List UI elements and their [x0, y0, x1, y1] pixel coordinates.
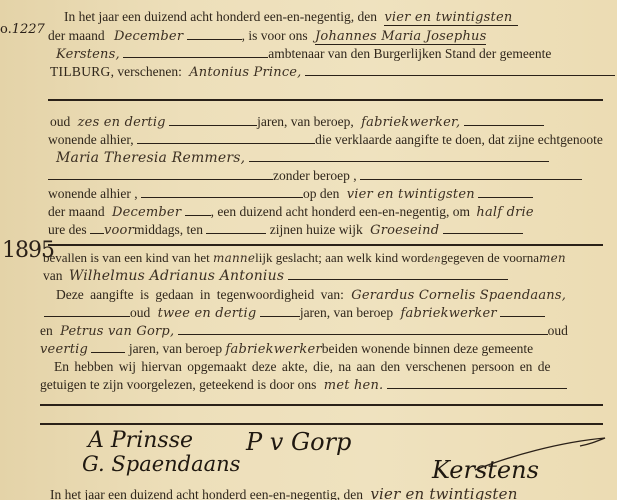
blank-line	[123, 47, 268, 58]
printed-text: zijnen huize wijk	[270, 222, 363, 237]
line-7: Maria Theresia Remmers,	[56, 150, 549, 166]
handwritten-birth-time: half drie	[476, 205, 533, 220]
handwritten-signed-with: met hen.	[324, 378, 384, 393]
line-6: wonende alhier, die verklaarde aangifte …	[48, 132, 603, 148]
blank-line	[249, 151, 549, 162]
line-19: getuigen te zijn voorgelezen, geteekend …	[40, 377, 567, 394]
handwritten-witness1-name: Gerardus Cornelis Spaendaans,	[351, 288, 566, 303]
signature-witness1: G. Spaendaans	[82, 452, 240, 476]
line-4: TILBURG, verschenen: Antonius Prince,	[50, 64, 615, 81]
blank-line	[206, 223, 266, 234]
handwritten-mother-name: Maria Theresia Remmers,	[56, 150, 245, 166]
printed-text: zonder beroep ,	[273, 168, 357, 183]
line-5: oud zes en dertig jaren, van beroep, fab…	[50, 114, 544, 131]
birth-record-page: o.1227 1895 In het jaar een duizend acht…	[0, 0, 617, 500]
line-13: van Wilhelmus Adrianus Antonius	[43, 268, 508, 284]
blank-line	[443, 223, 523, 234]
printed-text: der maand	[48, 28, 105, 43]
record-number-value: 1227	[12, 22, 45, 37]
line-8: zonder beroep ,	[48, 168, 582, 184]
handwritten-month: December	[114, 29, 183, 44]
handwritten-declarant-name: Antonius Prince,	[189, 65, 301, 80]
line-2: der maand December , is voor ons Johanne…	[48, 28, 486, 45]
printed-text: , een duizend acht honderd een-en-negent…	[211, 204, 470, 219]
printed-text: , verschenen:	[111, 64, 182, 79]
blank-line	[387, 378, 567, 389]
printed-text: jaren, van beroep	[129, 341, 222, 356]
line-11: ure des voormiddags, ten zijnen huize wi…	[48, 222, 523, 239]
line-1: In het jaar een duizend acht honderd een…	[64, 9, 518, 26]
blank-line	[260, 306, 300, 317]
printed-text: en	[40, 323, 53, 338]
municipality: TILBURG	[50, 64, 111, 79]
handwritten-witness1-age: twee en dertig	[158, 306, 257, 321]
line-3: Kerstens, ambtenaar van den Burgerlijken…	[56, 46, 551, 63]
handwritten-witness1-occupation: fabriekwerker	[401, 306, 497, 321]
handwritten-plural-en: en	[428, 254, 441, 265]
handwritten-witness2-occupation: fabriekwerker	[226, 342, 322, 357]
blank-line	[137, 133, 315, 144]
blank-line	[91, 342, 125, 353]
printed-text: jaren, van beroep,	[257, 114, 354, 129]
blank-line	[305, 65, 615, 76]
rule-line	[48, 99, 603, 101]
handwritten-date: vier en twintigsten	[384, 10, 518, 26]
record-number: o.1227	[0, 22, 45, 37]
blank-line	[288, 269, 508, 280]
rule-line	[40, 423, 603, 425]
handwritten-birth-day: vier en twintigsten	[347, 187, 475, 202]
blank-line	[48, 169, 273, 180]
printed-text: oud	[50, 114, 70, 129]
printed-text: beiden wonende binnen deze gemeente	[322, 341, 533, 356]
printed-text: In het jaar een duizend acht honderd een…	[64, 9, 377, 24]
printed-text: , is voor ons	[242, 28, 308, 43]
blank-line	[90, 223, 104, 234]
line-16: en Petrus van Gorp, oud	[40, 323, 568, 340]
signature-declarant: A Prinsse	[88, 428, 193, 453]
line-12: bevallen is van een kind van het manneli…	[43, 250, 566, 268]
handwritten-age: zes en dertig	[78, 115, 166, 130]
printed-text: van	[43, 268, 63, 283]
handwritten-witness2-name: Petrus van Gorp,	[60, 324, 174, 339]
handwritten-witness2-age: veertig	[40, 342, 88, 357]
printed-text: jaren, van beroep	[300, 305, 393, 320]
printed-text: bevallen is van een kind van het	[43, 250, 210, 265]
handwritten-voor: voor	[104, 223, 134, 238]
rule-line	[40, 404, 603, 406]
printed-text: ure des	[48, 222, 87, 237]
blank-line	[464, 115, 544, 126]
line-18: En hebben wij hiervan opgemaakt deze akt…	[54, 359, 551, 375]
rule-line	[48, 244, 603, 246]
printed-text: getuigen te zijn voorgelezen, geteekend …	[40, 377, 316, 392]
handwritten-date: vier en twintigsten	[370, 485, 517, 500]
record-prefix: o.	[0, 22, 12, 37]
printed-text: lijk geslacht; aan welk kind word	[255, 250, 428, 265]
blank-line	[178, 324, 548, 335]
printed-text: op den	[303, 186, 339, 201]
blank-line	[360, 169, 582, 180]
handwritten-plural-men: men	[539, 251, 566, 265]
handwritten-district: Groeseind	[370, 223, 439, 238]
handwritten-sex: manne	[213, 251, 255, 265]
printed-text: In het jaar een duizend acht honderd een…	[50, 487, 363, 500]
blank-line	[187, 29, 242, 40]
handwritten-official-surname: Kerstens,	[56, 47, 120, 62]
handwritten-child-names: Wilhelmus Adrianus Antonius	[69, 268, 284, 284]
handwritten-birth-month: December	[112, 205, 181, 220]
blank-line	[500, 306, 545, 317]
printed-text: wonende alhier,	[48, 132, 134, 147]
blank-line	[185, 205, 211, 216]
printed-text: ambtenaar van den Burgerlijken Stand der…	[268, 46, 551, 61]
printed-text: wonende alhier ,	[48, 186, 138, 201]
blank-line	[44, 306, 130, 317]
handwritten-occupation: fabriekwerker,	[361, 115, 460, 130]
signature-witness2: P v Gorp	[246, 428, 351, 456]
blank-line	[169, 115, 257, 126]
blank-line	[141, 187, 303, 198]
line-10: der maand December , een duizend acht ho…	[48, 204, 534, 221]
line-14: Deze aangifte is gedaan in tegenwoordigh…	[56, 287, 566, 304]
line-15: oud twee en dertig jaren, van beroep fab…	[44, 305, 545, 322]
printed-text: En hebben wij hiervan opgemaakt deze akt…	[54, 359, 551, 374]
printed-text: Deze aangifte is gedaan in tegenwoordigh…	[56, 287, 344, 302]
printed-text: die verklaarde aangifte te doen, dat zij…	[315, 132, 603, 147]
printed-text: middags, ten	[134, 222, 203, 237]
line-17: veertig jaren, van beroep fabriekwerkerb…	[40, 341, 533, 358]
next-record-line: In het jaar een duizend acht honderd een…	[50, 486, 518, 500]
handwritten-official-name: Johannes Maria Josephus	[315, 29, 486, 45]
printed-text: oud	[548, 323, 568, 338]
blank-line	[478, 187, 533, 198]
printed-text: gegeven de voorna	[441, 250, 539, 265]
line-9: wonende alhier , op den vier en twintigs…	[48, 186, 533, 203]
printed-text: oud	[130, 305, 150, 320]
signature-flourish	[470, 434, 610, 474]
printed-text: der maand	[48, 204, 105, 219]
